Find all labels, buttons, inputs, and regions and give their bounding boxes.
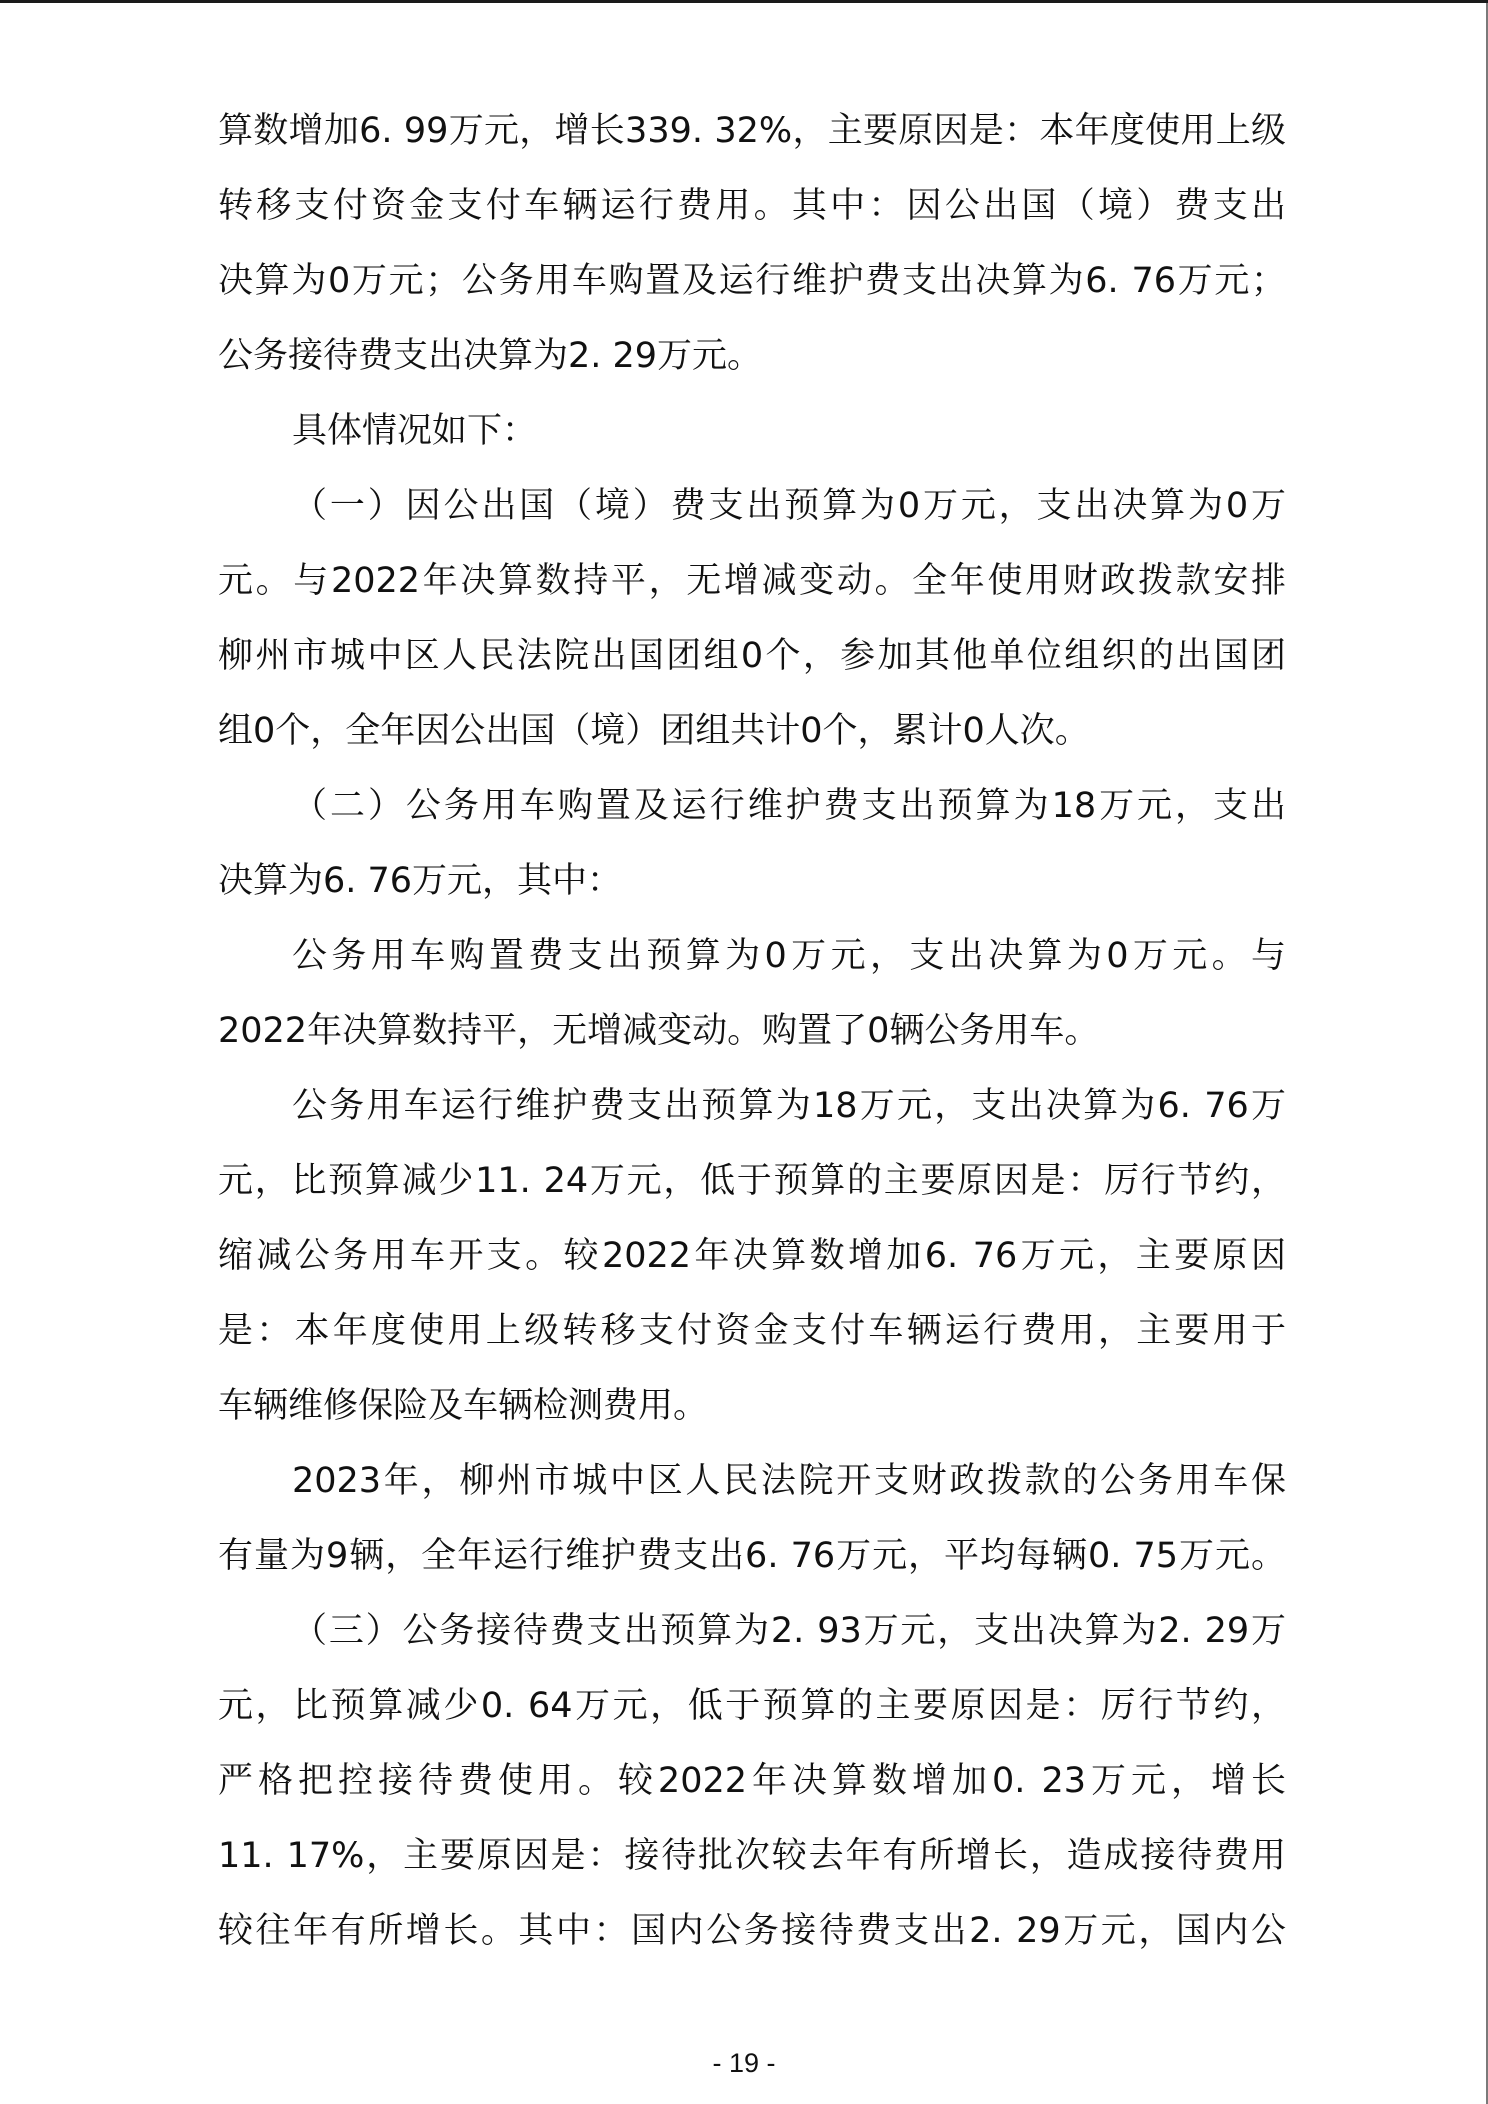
text-line: 严格把控接待费使用。较2022年决算数增加0. 23万元，增长 [218, 1753, 1286, 1828]
text-line: 柳州市城中区人民法院出国团组0个，参加其他单位组织的出国团 [218, 628, 1286, 703]
text-line: 较往年有所增长。其中：国内公务接待费支出2. 29万元，国内公 [218, 1903, 1286, 1978]
document-page: 算数增加6. 99万元，增长339. 32%，主要原因是：本年度使用上级 转移支… [0, 0, 1488, 2104]
text-line: 11. 17%，主要原因是：接待批次较去年有所增长，造成接待费用 [218, 1828, 1286, 1903]
text-line: 算数增加6. 99万元，增长339. 32%，主要原因是：本年度使用上级 [218, 103, 1286, 178]
text-line: 有量为9辆，全年运行维护费支出6. 76万元，平均每辆0. 75万元。 [218, 1528, 1286, 1603]
text-line: 公务用车运行维护费支出预算为18万元，支出决算为6. 76万 [218, 1078, 1286, 1153]
document-body: 算数增加6. 99万元，增长339. 32%，主要原因是：本年度使用上级 转移支… [218, 103, 1286, 1978]
text-line: 元，比预算减少0. 64万元，低于预算的主要原因是：厉行节约， [218, 1678, 1286, 1753]
text-line: 是：本年度使用上级转移支付资金支付车辆运行费用，主要用于 [218, 1303, 1286, 1378]
section-heading-line: （三）公务接待费支出预算为2. 93万元，支出决算为2. 29万 [218, 1603, 1286, 1678]
text-line: 转移支付资金支付车辆运行费用。其中：因公出国（境）费支出 [218, 178, 1286, 253]
text-line: 2023年，柳州市城中区人民法院开支财政拨款的公务用车保 [218, 1453, 1286, 1528]
text-line: 公务用车购置费支出预算为0万元，支出决算为0万元。与 [218, 928, 1286, 1003]
text-line: 2022年决算数持平，无增减变动。购置了0辆公务用车。 [218, 1003, 1286, 1078]
text-line: 决算为6. 76万元，其中： [218, 853, 1286, 928]
text-line: 具体情况如下： [218, 403, 1286, 478]
text-line: 决算为0万元；公务用车购置及运行维护费支出决算为6. 76万元； [218, 253, 1286, 328]
text-line: 元，比预算减少11. 24万元，低于预算的主要原因是：厉行节约， [218, 1153, 1286, 1228]
text-line: 组0个，全年因公出国（境）团组共计0个，累计0人次。 [218, 703, 1286, 778]
section-heading-line: （二）公务用车购置及运行维护费支出预算为18万元，支出 [218, 778, 1286, 853]
page-number: - 19 - [0, 2048, 1488, 2079]
text-line: 缩减公务用车开支。较2022年决算数增加6. 76万元，主要原因 [218, 1228, 1286, 1303]
text-line: 元。与2022年决算数持平，无增减变动。全年使用财政拨款安排 [218, 553, 1286, 628]
text-line: 车辆维修保险及车辆检测费用。 [218, 1378, 1286, 1453]
section-heading-line: （一）因公出国（境）费支出预算为0万元，支出决算为0万 [218, 478, 1286, 553]
text-line: 公务接待费支出决算为2. 29万元。 [218, 328, 1286, 403]
